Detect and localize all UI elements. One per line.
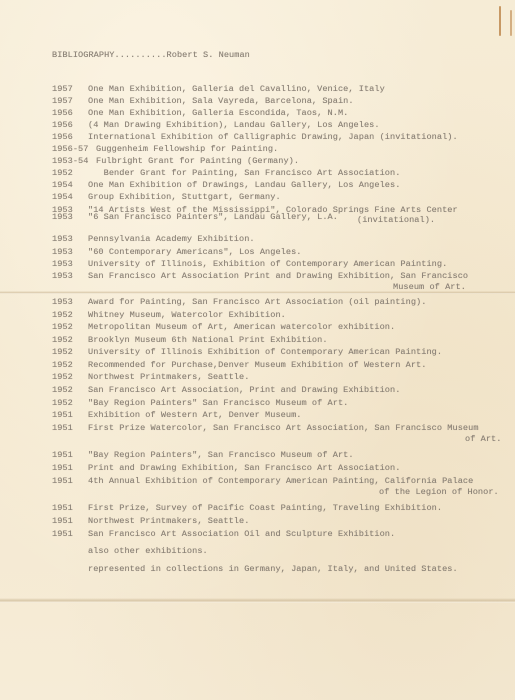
entry-year: 1953 (52, 297, 73, 307)
entry-year: 1951 (52, 516, 73, 526)
entry-text: "Bay Region Painters" San Francisco Muse… (88, 398, 348, 408)
entry-text: International Exhibition of Calligraphic… (88, 132, 458, 142)
entry-year: 1952 (52, 360, 73, 370)
entry-year: 1953 (52, 247, 73, 257)
entry-year: 1953 (52, 271, 73, 281)
entry-suffix: (invitational). (357, 215, 435, 225)
entry-year: 1957 (52, 84, 73, 94)
entry-year: 1952 (52, 385, 73, 395)
entry-year: 1951 (52, 410, 73, 420)
entry-text: Print and Drawing Exhibition, San Franci… (88, 463, 400, 473)
entry-text: 4th Annual Exhibition of Contemporary Am… (88, 476, 473, 486)
entry-text: University of Illinois, Exhibition of Co… (88, 259, 447, 269)
entry-year: 1952 (52, 322, 73, 332)
entry-text: Northwest Printmakers, Seattle. (88, 372, 249, 382)
entry-text: Group Exhibition, Stuttgart, Germany. (88, 192, 281, 202)
entry-continuation: of the Legion of Honor. (379, 487, 499, 497)
entry-text: San Francisco Art Association Oil and Sc… (88, 529, 395, 539)
entry-year: 1952 (52, 310, 73, 320)
entry-text: Bender Grant for Painting, San Francisco… (88, 168, 400, 178)
entry-text: Fulbright Grant for Painting (Germany). (96, 156, 299, 166)
entry-year: 1957 (52, 96, 73, 106)
document-heading: BIBLIOGRAPHY..........Robert S. Neuman (52, 50, 250, 60)
entry-text: Guggenheim Fellowship for Painting. (96, 144, 278, 154)
entry-text: Northwest Printmakers, Seattle. (88, 516, 249, 526)
entry-year: 1956-57 (52, 144, 88, 154)
entry-text: Recommended for Purchase,Denver Museum E… (88, 360, 426, 370)
entry-text: (4 Man Drawing Exhibition), Landau Galle… (88, 120, 380, 130)
entry-year: 1954 (52, 180, 73, 190)
entry-year: 1953-54 (52, 156, 88, 166)
entry-year: 1952 (52, 398, 73, 408)
entry-text: Pennsylvania Academy Exhibition. (88, 234, 255, 244)
entry-text: Metropolitan Museum of Art, American wat… (88, 322, 395, 332)
fold-line (0, 598, 515, 603)
entry-year: 1951 (52, 423, 73, 433)
entry-year: 1956 (52, 108, 73, 118)
entry-year: 1951 (52, 450, 73, 460)
rust-stain (499, 6, 501, 36)
entry-year: 1951 (52, 503, 73, 513)
rust-stain (510, 10, 512, 36)
entry-text: San Francisco Art Association, Print and… (88, 385, 400, 395)
note-other-exhibitions: also other exhibitions. (88, 546, 208, 556)
note-collections: represented in collections in Germany, J… (88, 564, 458, 574)
entry-year: 1951 (52, 529, 73, 539)
entry-continuation: Museum of Art. (393, 282, 466, 292)
entry-text: "60 Contemporary Americans", Los Angeles… (88, 247, 302, 257)
entry-text: Award for Painting, San Francisco Art As… (88, 297, 426, 307)
entry-text: "6 San Francisco Painters", Landau Galle… (88, 212, 338, 222)
entry-year: 1953 (52, 234, 73, 244)
entry-year: 1952 (52, 347, 73, 357)
entry-year: 1956 (52, 132, 73, 142)
entry-year: 1953 (52, 259, 73, 269)
entry-text: One Man Exhibition of Drawings, Landau G… (88, 180, 400, 190)
entry-text: Exhibition of Western Art, Denver Museum… (88, 410, 302, 420)
entry-text: One Man Exhibition, Galleria Escondida, … (88, 108, 348, 118)
entry-year: 1954 (52, 192, 73, 202)
entry-text: University of Illinois Exhibition of Con… (88, 347, 442, 357)
entry-text: "Bay Region Painters", San Francisco Mus… (88, 450, 354, 460)
entry-text: First Prize Watercolor, San Francisco Ar… (88, 423, 479, 433)
entry-year: 1951 (52, 463, 73, 473)
entry-year: 1953 (52, 212, 73, 222)
entry-text: One Man Exhibition, Sala Vayreda, Barcel… (88, 96, 354, 106)
entry-text: First Prize, Survey of Pacific Coast Pai… (88, 503, 442, 513)
entry-year: 1956 (52, 120, 73, 130)
entry-year: 1952 (52, 335, 73, 345)
entry-text: Brooklyn Museum 6th National Print Exhib… (88, 335, 328, 345)
entry-year: 1952 (52, 372, 73, 382)
entry-year: 1952 (52, 168, 73, 178)
entry-text: San Francisco Art Association Print and … (88, 271, 468, 281)
entry-text: One Man Exhibition, Galleria del Cavalli… (88, 84, 385, 94)
entry-year: 1951 (52, 476, 73, 486)
entry-text: Whitney Museum, Watercolor Exhibition. (88, 310, 286, 320)
entry-continuation: of Art. (465, 434, 501, 444)
